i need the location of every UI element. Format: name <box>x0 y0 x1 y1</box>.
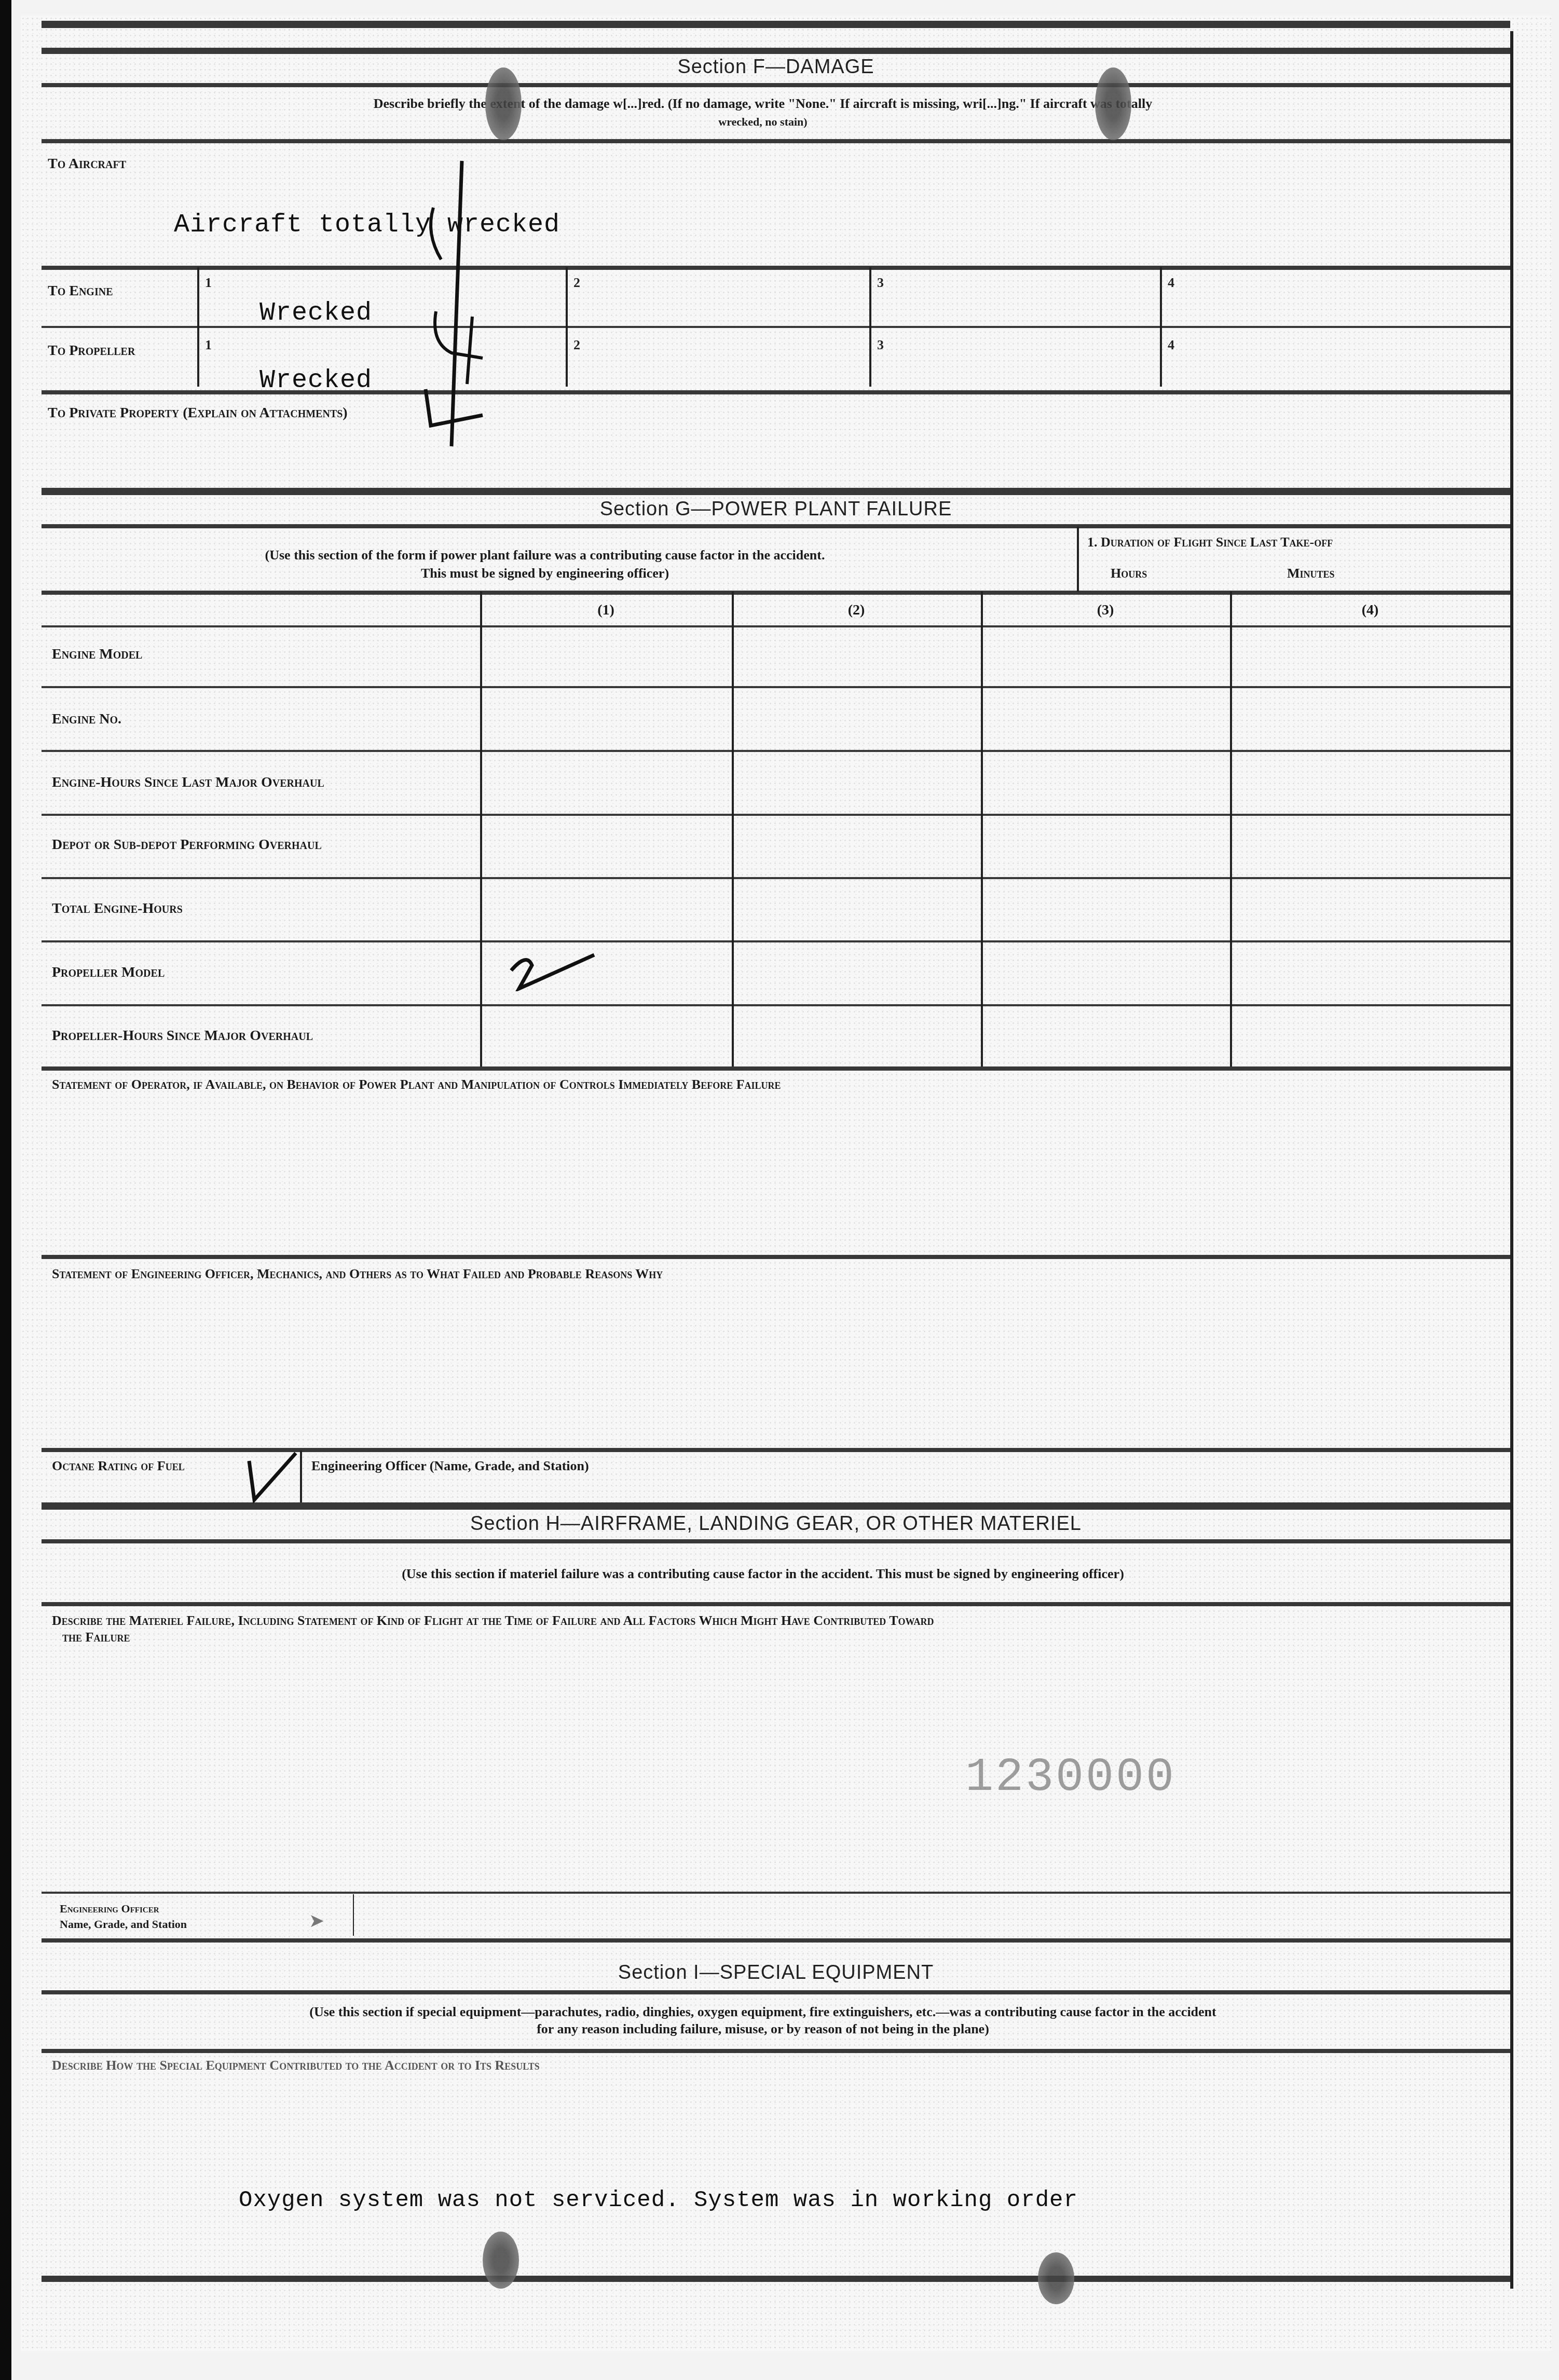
propeller-slot-3: 3 <box>877 337 884 353</box>
engine-slot-3: 3 <box>877 275 884 291</box>
to-engine-label: To Engine <box>48 283 113 299</box>
row-engine-no: Engine No. <box>52 711 121 728</box>
row-total-engine-hours: Total Engine-Hours <box>52 900 183 917</box>
top-rule-2 <box>42 48 1510 54</box>
row-rule <box>42 750 1510 752</box>
to-propeller-label: To Propeller <box>48 343 135 359</box>
minutes-label: Minutes <box>1287 566 1335 581</box>
faded-stamp: 1230000 <box>965 1752 1176 1804</box>
rule <box>42 1990 1510 1994</box>
row-engine-hours: Engine-Hours Since Last Major Overhaul <box>52 774 324 791</box>
col-divider <box>732 592 734 1066</box>
top-rule <box>42 21 1510 28</box>
engine-slot-2: 2 <box>573 275 580 291</box>
row-depot: Depot or Sub-depot Performing Overhaul <box>52 837 322 853</box>
rule <box>42 1938 1510 1943</box>
row-rule <box>42 940 1510 942</box>
special-equipment-how-label: Describe How the Special Equipment Contr… <box>52 2058 540 2073</box>
operator-statement-label: Statement of Operator, if Available, on … <box>52 1077 781 1092</box>
punch-hole <box>485 67 522 140</box>
engineering-officer-label: Engineering Officer (Name, Grade, and St… <box>311 1458 589 1474</box>
row-propeller-hours: Propeller-Hours Since Major Overhaul <box>52 1028 313 1044</box>
punch-hole <box>1038 2252 1074 2304</box>
row-rule <box>42 814 1510 816</box>
arrow-icon: ➤ <box>309 1910 324 1932</box>
section-f-instruction: Describe briefly the extent of the damag… <box>62 96 1464 112</box>
to-aircraft-label: To Aircraft <box>48 156 126 172</box>
handwritten-checkmark <box>394 156 514 467</box>
propeller-slot-2: 2 <box>573 337 580 353</box>
punch-hole <box>483 2232 519 2289</box>
rule <box>42 1539 1510 1543</box>
rule <box>42 326 1510 328</box>
rule <box>42 1892 1510 1894</box>
row-rule <box>42 1004 1510 1006</box>
col-divider <box>480 592 482 1066</box>
bottom-rule <box>42 2276 1510 2282</box>
section-g-instruction-2: This must be signed by engineering offic… <box>104 566 986 581</box>
col-divider <box>981 592 983 1066</box>
section-g-title: Section G—POWER PLANT FAILURE <box>42 498 1510 521</box>
col-divider <box>1230 592 1232 1066</box>
hours-label: Hours <box>1111 566 1147 581</box>
row-rule <box>42 625 1510 627</box>
col-header-2: (2) <box>732 602 981 619</box>
row-rule <box>42 877 1510 879</box>
handwritten-check-octane <box>244 1451 301 1508</box>
divider <box>353 1894 354 1936</box>
private-property-label: To Private Property (Explain on Attachme… <box>48 405 348 421</box>
engine-slot-1: 1 <box>205 275 212 291</box>
divider <box>1077 527 1079 592</box>
rule <box>42 390 1510 394</box>
materiel-failure-label-2: the Failure <box>62 1630 130 1645</box>
section-h-instruction: (Use this section if materiel failure wa… <box>62 1566 1464 1582</box>
col-header-1: (1) <box>480 602 732 619</box>
h-engineering-officer-label-2: Name, Grade, and Station <box>60 1918 187 1931</box>
rule <box>42 83 1510 87</box>
scan-edge <box>0 0 11 2380</box>
section-g-instruction: (Use this section of the form if power p… <box>104 548 986 563</box>
handwritten-check-propeller <box>506 950 610 991</box>
section-i-instruction: (Use this section if special equipment—p… <box>62 2004 1464 2020</box>
engineering-statement-label: Statement of Engineering Officer, Mechan… <box>52 1266 663 1282</box>
section-f-instruction-2: wrecked, no stain) <box>62 115 1464 129</box>
rule <box>42 139 1510 143</box>
section-f-title: Section F—DAMAGE <box>42 56 1510 78</box>
col-header-3: (3) <box>981 602 1230 619</box>
rule <box>42 488 1510 495</box>
octane-label: Octane Rating of Fuel <box>52 1458 185 1474</box>
engine-1-value[interactable]: Wrecked <box>259 298 372 328</box>
rule <box>42 591 1510 595</box>
duration-label: 1. Duration of Flight Since Last Take-of… <box>1087 535 1333 550</box>
propeller-slot-1: 1 <box>205 337 212 353</box>
rule <box>42 1602 1510 1606</box>
special-equipment-statement[interactable]: Oxygen system was not serviced. System w… <box>239 2187 1078 2213</box>
rule <box>42 2049 1510 2053</box>
rule <box>42 1502 1510 1510</box>
section-i-title: Section I—SPECIAL EQUIPMENT <box>42 1962 1510 1984</box>
row-rule <box>42 686 1510 688</box>
materiel-failure-label: Describe the Materiel Failure, Including… <box>52 1613 934 1629</box>
rule <box>42 1255 1510 1259</box>
row-engine-model: Engine Model <box>52 646 142 663</box>
punch-hole <box>1095 67 1131 140</box>
rule <box>42 524 1510 528</box>
propeller-slot-4: 4 <box>1168 337 1174 353</box>
section-i-instruction-2: for any reason including failure, misuse… <box>62 2021 1464 2037</box>
form-frame <box>36 31 1513 2289</box>
engine-slot-4: 4 <box>1168 275 1174 291</box>
section-h-title: Section H—AIRFRAME, LANDING GEAR, OR OTH… <box>42 1513 1510 1535</box>
row-propeller-model: Propeller Model <box>52 964 165 981</box>
rule <box>42 1066 1510 1071</box>
h-engineering-officer-label: Engineering Officer <box>60 1902 159 1916</box>
rule <box>42 266 1510 270</box>
col-header-4: (4) <box>1230 602 1510 619</box>
